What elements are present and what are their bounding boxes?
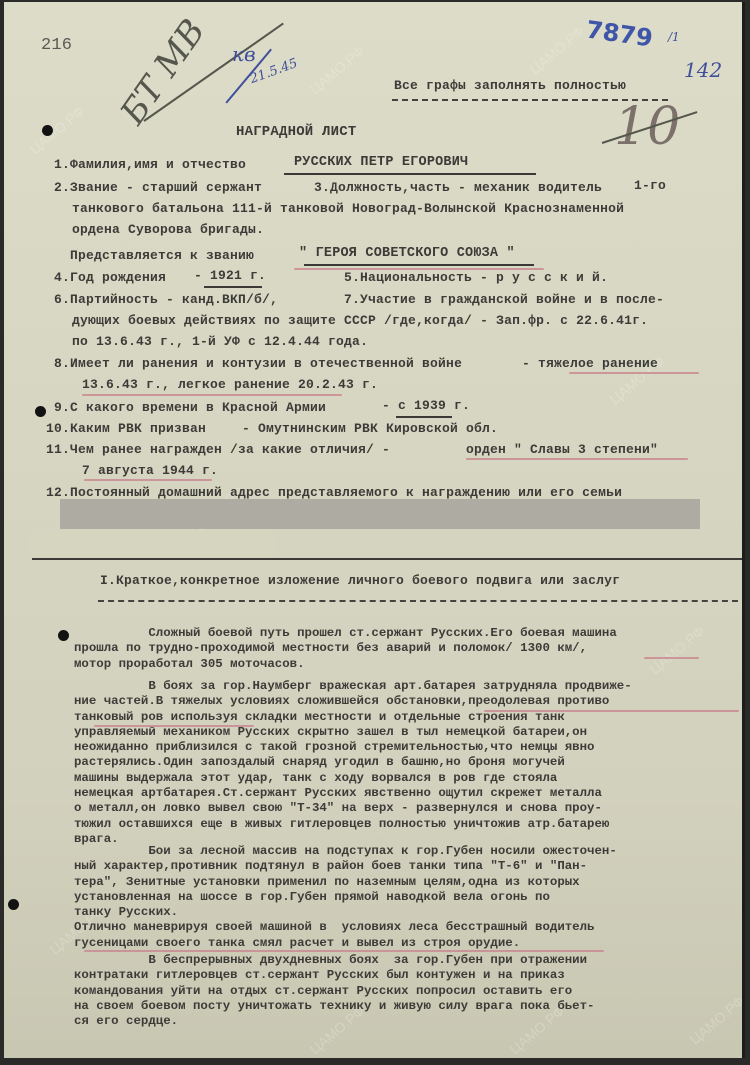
field-8-red-underline-2 (82, 394, 342, 396)
narrative-paragraph-1: Сложный боевой путь прошел ст.сержант Ру… (74, 626, 744, 672)
field-8-red-underline (569, 372, 699, 374)
field-8-value-2: 13.6.43 г., легкое ранение 20.2.43 г. (82, 377, 378, 392)
field-9-label: 9.С какого времени в Красной Армии (54, 400, 326, 415)
document-title: НАГРАДНОЙ ЛИСТ (236, 124, 356, 140)
field-2-label: 2.Звание - старший сержант (54, 180, 262, 195)
field-3-label: 3.Должность,часть - механик водитель (314, 180, 602, 195)
handwritten-number: 142 (684, 58, 722, 82)
narrative-red-underline (94, 725, 254, 727)
narrative-red-underline (484, 710, 739, 712)
field-11-red-underline (466, 458, 688, 460)
section-heading: I.Краткое,конкретное изложение личного б… (100, 573, 620, 588)
field-3-value-2: танкового батальона 111-й танковой Новог… (72, 201, 624, 216)
field-1-value: РУССКИХ ПЕТР ЕГОРОВИЧ (294, 155, 468, 170)
field-1-underline (284, 173, 536, 175)
handwritten-note: кв (232, 42, 256, 66)
nominated-value: " ГЕРОЯ СОВЕТСКОГО СОЮЗА " (299, 246, 515, 261)
narrative-red-underline (84, 950, 604, 952)
watermark: ЦАМО.РФ (27, 103, 88, 158)
blue-stamp-number: 7879 (584, 15, 654, 52)
narrative-paragraph-3: Бои за лесной массив на подступах к гор.… (74, 844, 744, 951)
section-divider (32, 558, 742, 560)
blue-stamp-suffix: /1 (668, 30, 680, 44)
field-11-value-1: орден " Славы 3 степени" (466, 442, 658, 457)
punch-hole (35, 406, 46, 417)
field-11-label: 11.Чем ранее награжден /за какие отличия… (46, 442, 390, 457)
watermark: ЦАМО.РФ (527, 23, 588, 78)
field-12-label: 12.Постоянный домашний адрес представляе… (46, 485, 622, 500)
award-sheet-page: ЦАМО.РФ ЦАМО.РФ ЦАМО.РФ ЦАМО.РФ ЦАМО.РФ … (4, 2, 745, 1058)
field-5-label: 5.Национальность - р у с с к и й. (344, 270, 608, 285)
field-4-label: 4.Год рождения (54, 270, 166, 285)
field-9-value: - с 1939 г. (382, 398, 470, 413)
redacted-address (60, 499, 700, 529)
narrative-red-underline (644, 657, 699, 659)
stamp-top-left: БТ МВ (113, 12, 214, 132)
field-7-label: 7.Участие в гражданской войне и в после- (344, 292, 664, 307)
field-3-value-3: ордена Суворова бригады. (72, 222, 264, 237)
archive-number: 216 (41, 36, 72, 55)
field-1-label: 1.Фамилия,имя и отчество (54, 157, 246, 172)
instruction-underline (392, 99, 668, 101)
field-4-value: - 1921 г. (194, 268, 266, 283)
punch-hole (8, 899, 19, 910)
field-4-underline (204, 286, 262, 288)
nominated-label: Представляется к званию (70, 248, 254, 263)
field-7-line-2: дующих боевых действиях по защите СССР /… (72, 313, 648, 328)
punch-hole (58, 630, 69, 641)
field-9-underline (396, 416, 452, 418)
section-heading-underline (98, 600, 738, 602)
redacted-address-2 (30, 530, 274, 558)
narrative-paragraph-4: В беспрерывных двухдневных боях за гор.Г… (74, 953, 744, 1029)
watermark: ЦАМО.РФ (307, 43, 368, 98)
field-8-label: 8.Имеет ли ранения и контузии в отечеств… (54, 356, 462, 371)
field-11-value-2: 7 августа 1944 г. (82, 463, 218, 478)
field-11-red-underline-2 (84, 479, 212, 481)
instruction-text: Все графы заполнять полностью (394, 78, 626, 93)
field-8-value-1: - тяжелое ранение (522, 356, 658, 371)
handwritten-date: 21.5.45 (248, 56, 300, 87)
field-3-value-1: 1-го (634, 178, 666, 193)
punch-hole (42, 125, 53, 136)
field-10-label: 10.Каким РВК призван (46, 421, 206, 436)
nominated-underline (304, 264, 534, 266)
field-10-value: - Омутнинским РВК Кировской обл. (242, 421, 498, 436)
narrative-paragraph-2: В боях за гор.Наумберг вражеская арт.бат… (74, 679, 744, 847)
field-7-line-3: по 13.6.43 г., 1-й УФ с 12.4.44 года. (72, 334, 368, 349)
field-6-label: 6.Партийность - канд.ВКП/б/, (54, 292, 278, 307)
